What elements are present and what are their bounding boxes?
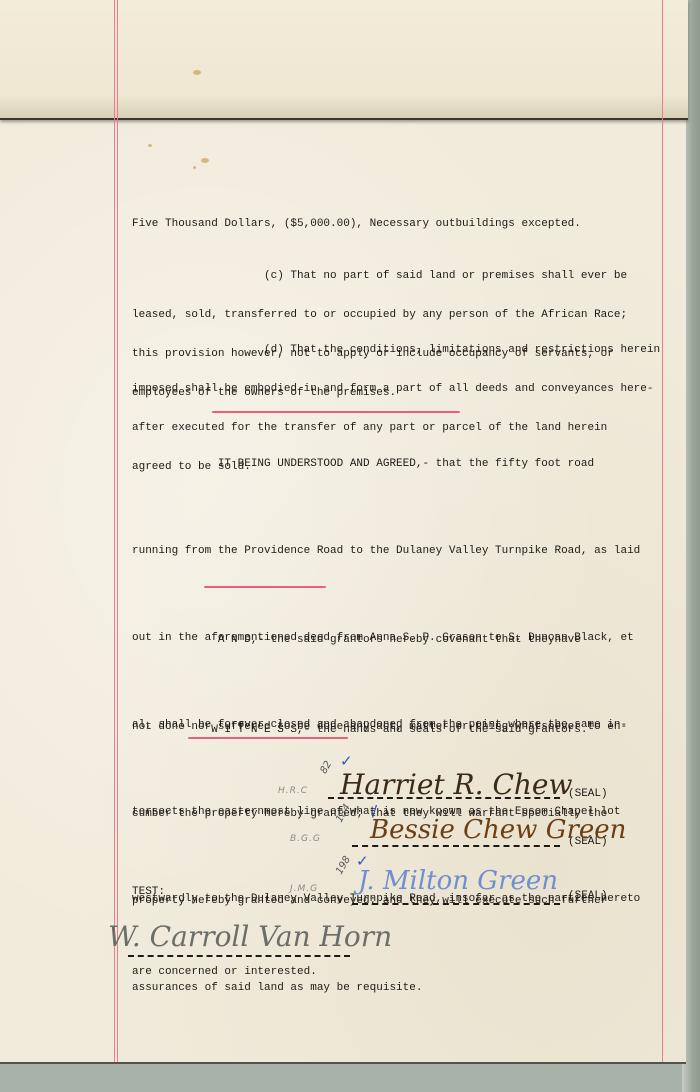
signer-initials: J.M.G [290, 884, 318, 894]
clause-c-line: (c) That no part of said land or premise… [132, 270, 662, 283]
right-margin-rule [662, 0, 663, 1062]
paper-stain [201, 158, 209, 163]
signature-bessie-green: Bessie Chew Green [370, 815, 626, 845]
paper-stain [193, 70, 201, 75]
seal-label: (SEAL) [568, 788, 608, 800]
clause-d-line: (d) That the conditions, limitations and… [132, 344, 662, 357]
paper-stain [148, 144, 152, 147]
signature-milton-green: J. Milton Green [358, 866, 558, 896]
signer-initials: B.G.G [290, 834, 321, 844]
paper-stain [193, 166, 196, 169]
signature-harriet-chew: Harriet R. Chew [340, 768, 572, 801]
signature-line [352, 903, 560, 905]
covenant-line: assurances of said land as may be requis… [132, 974, 662, 1003]
witness-signature: W. Carroll Van Horn [108, 920, 392, 953]
signature-line [352, 845, 560, 847]
witness-line: W I T N E S S,- the hands and seals of t… [132, 724, 662, 737]
value-line: Five Thousand Dollars, ($5,000.00), Nece… [132, 218, 662, 231]
covenant-line: A N D,- the said grantors hereby covenan… [132, 626, 662, 655]
left-margin-rule [114, 0, 118, 1062]
understood-line: IT BEING UNDERSTOOD AND AGREED,- that th… [132, 450, 662, 479]
folded-page-top [0, 0, 688, 120]
signer-initials: H.R.C [278, 786, 308, 796]
witness-signature-line [128, 955, 350, 957]
understood-line: running from the Providence Road to the … [132, 537, 662, 566]
